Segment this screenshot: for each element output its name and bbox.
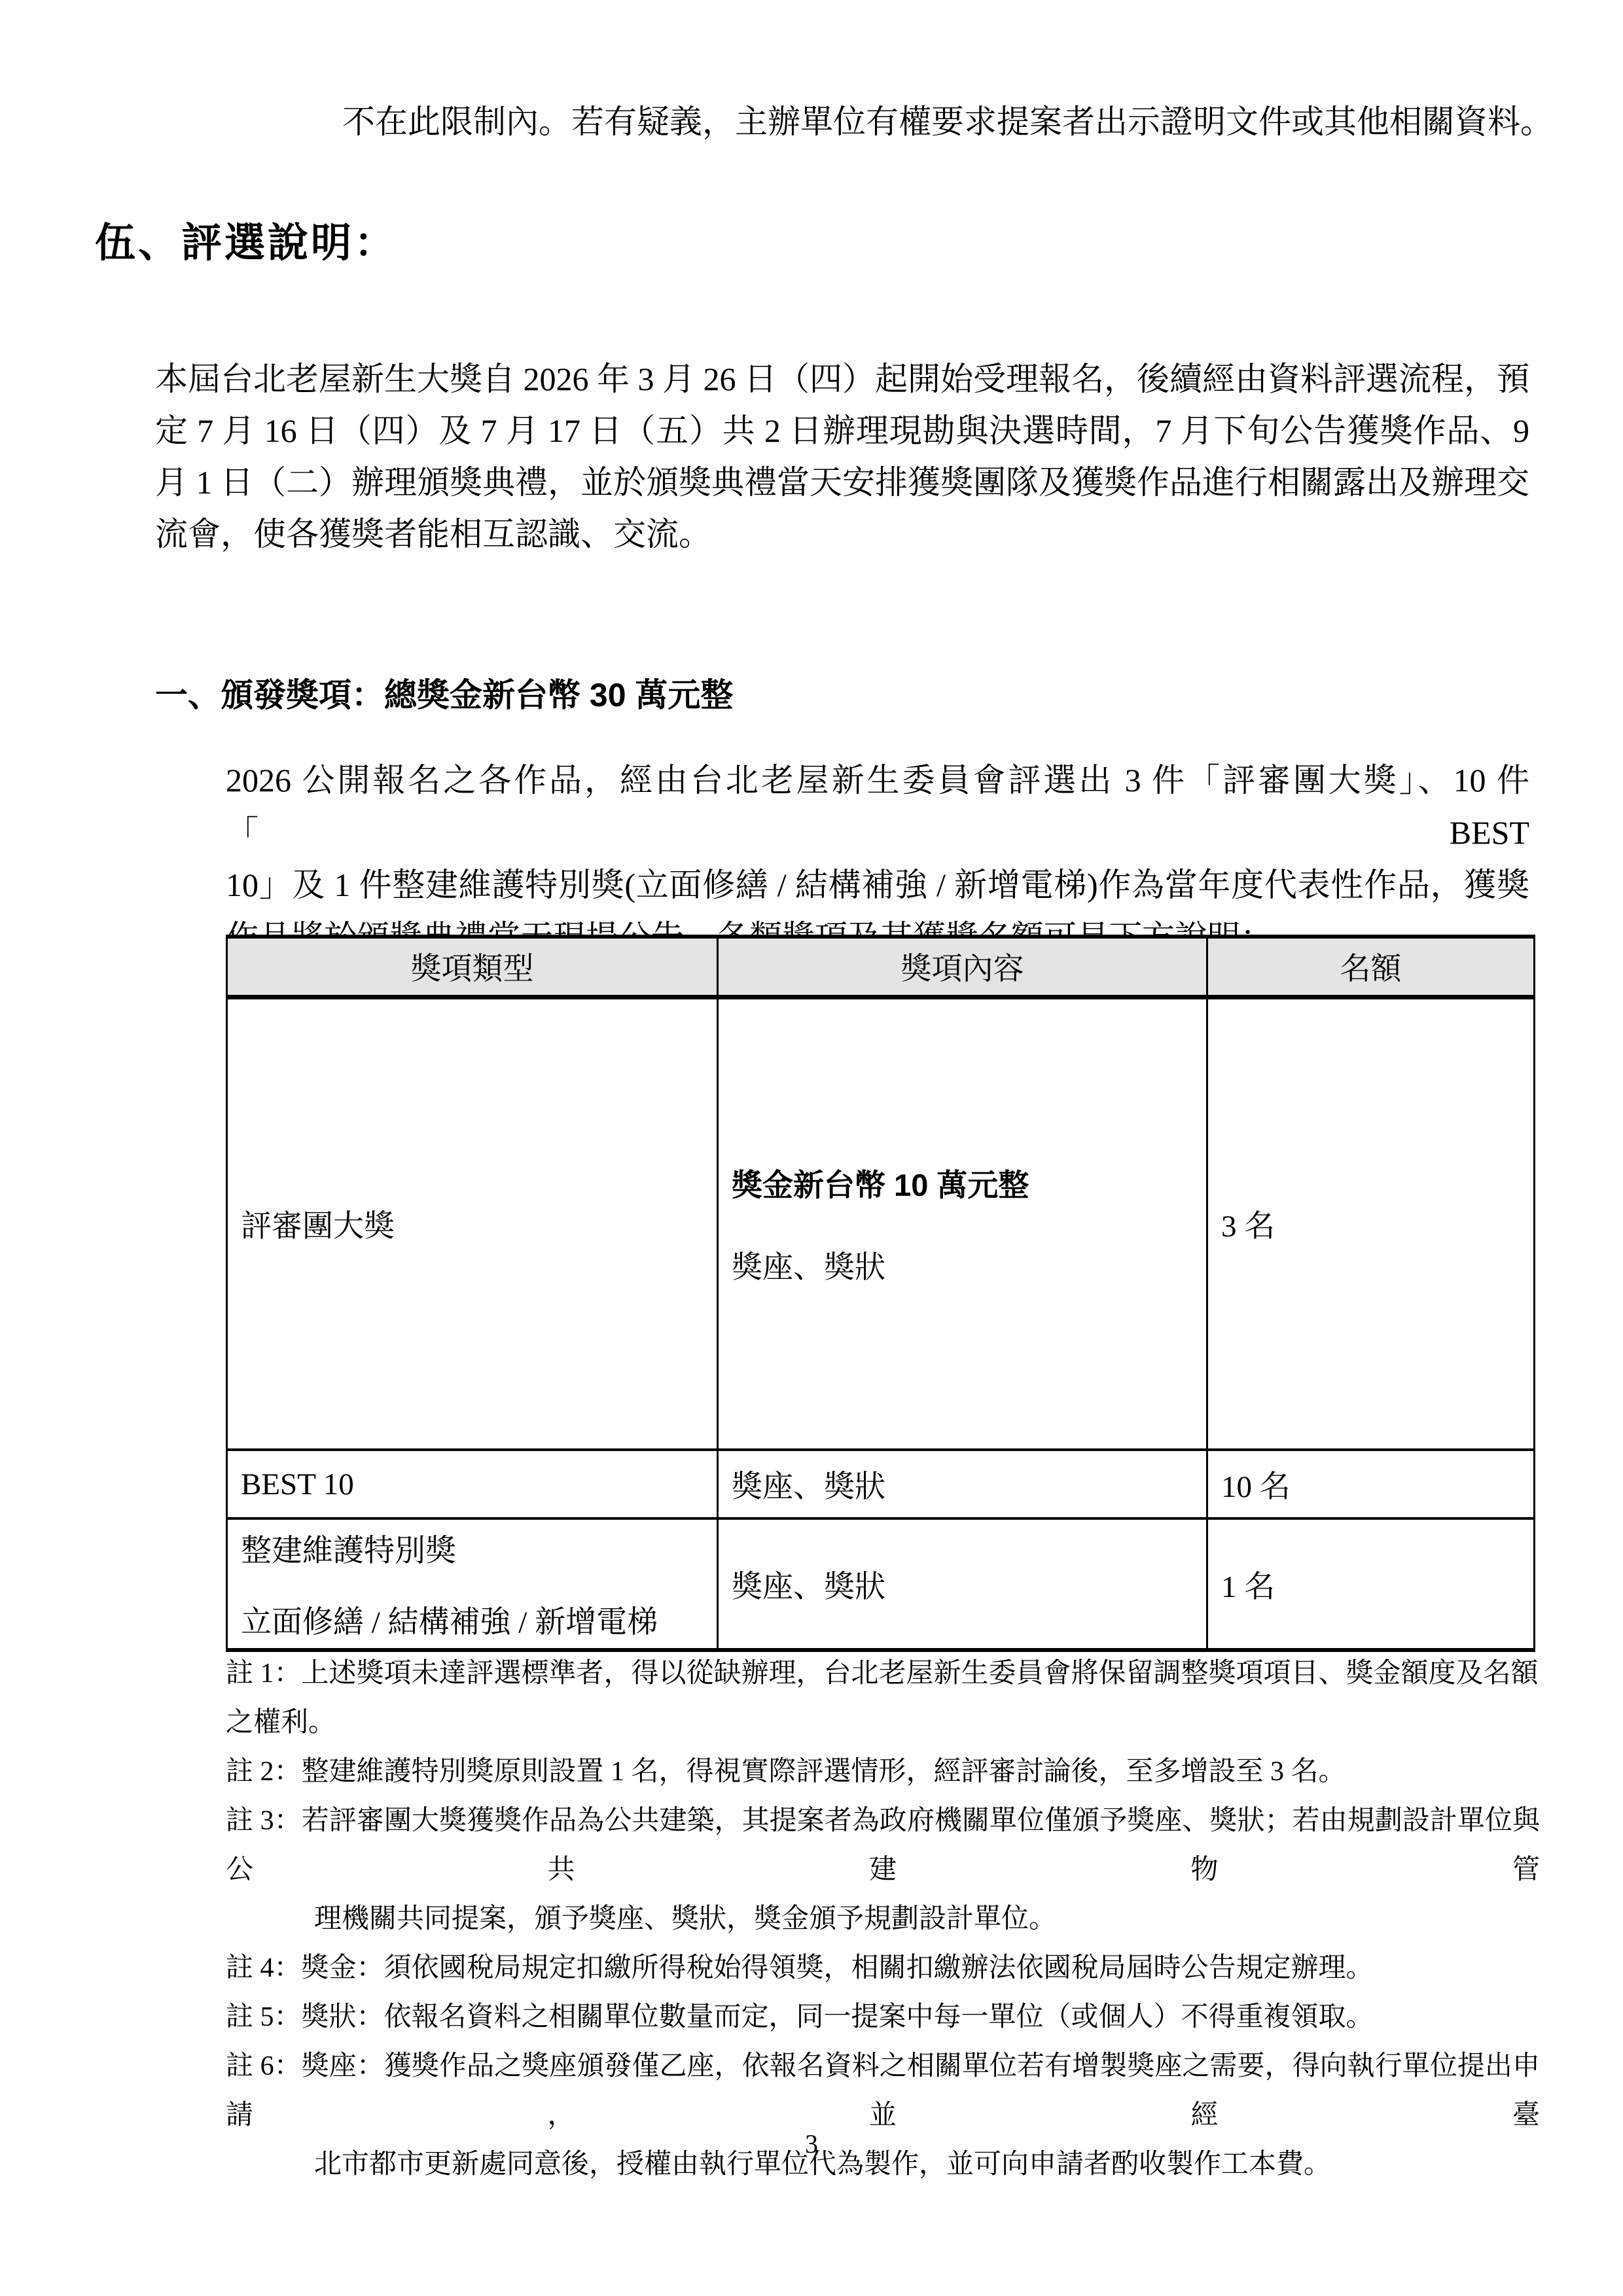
award-quota-cell: 10 名: [1207, 1450, 1535, 1518]
note-text: 若評審團大獎獲獎作品為公共建築，其提案者為政府機關單位僅頒予獎座、獎狀；若由規劃…: [226, 1806, 1540, 1885]
subsection-heading: 一、頒發獎項：總獎金新台幣 30 萬元整: [155, 674, 733, 716]
award-type-title: 整建維護特別獎: [241, 1526, 704, 1570]
note-label: 註 6：: [226, 2051, 302, 2081]
note-label: 註 4：: [226, 1953, 302, 1983]
note-6: 註 6：獎座：獲獎作品之獎座頒發僅乙座，依報名資料之相關單位若有增製獎座之需要，…: [226, 2042, 1540, 2189]
note-2: 註 2：整建維護特別獎原則設置 1 名，得視實際評選情形，經評審討論後，至多增設…: [226, 1748, 1540, 1797]
subsection-line-1: 2026 公開報名之各作品，經由台北老屋新生委員會評選出 3 件「評審團大獎」、…: [226, 754, 1529, 859]
award-content-cell: 獎座、獎狀: [718, 1518, 1207, 1650]
note-4: 註 4：獎金：須依國稅局規定扣繳所得稅始得領獎，相關扣繳辦法依國稅局屆時公告規定…: [226, 1944, 1540, 1993]
award-quota-cell: 1 名: [1207, 1518, 1535, 1650]
intro-line-2: 定 7 月 16 日（四）及 7 月 17 日（五）共 2 日辦理現勘與決選時間…: [155, 405, 1529, 457]
continuation-text: 不在此限制內。若有疑義，主辦單位有權要求提案者出示證明文件或其他相關資料。: [342, 102, 1532, 141]
note-3: 註 3：若評審團大獎獲獎作品為公共建築，其提案者為政府機關單位僅頒予獎座、獎狀；…: [226, 1797, 1540, 1944]
subsection-line-2: 10」及 1 件整建維護特別獎(立面修繕 / 結構補強 / 新增電梯)作為當年度…: [226, 859, 1529, 911]
note-1: 註 1：上述獎項未達評選標準者，得以從缺辦理，台北老屋新生委員會將保留調整獎項項…: [226, 1649, 1540, 1748]
page-number: 3: [0, 2128, 1623, 2159]
prize-amount-text: 獎金新台幣 10 萬元整: [732, 1161, 1193, 1205]
award-content-cell: 獎座、獎狀: [718, 1450, 1207, 1518]
table-row-jury-grand-award: 評審團大獎 獎金新台幣 10 萬元整 獎座、獎狀 3 名: [227, 997, 1535, 1450]
note-text: 獎金：須依國稅局規定扣繳所得稅始得領獎，相關扣繳辦法依國稅局屆時公告規定辦理。: [302, 1953, 1374, 1983]
note-text: 獎座：獲獎作品之獎座頒發僅乙座，依報名資料之相關單位若有增製獎座之需要，得向執行…: [226, 2051, 1540, 2130]
note-label: 註 2：: [226, 1757, 302, 1787]
intro-paragraph: 本屆台北老屋新生大獎自 2026 年 3 月 26 日（四）起開始受理報名，後續…: [155, 353, 1529, 560]
subsection-paragraph: 2026 公開報名之各作品，經由台北老屋新生委員會評選出 3 件「評審團大獎」、…: [226, 754, 1529, 963]
award-quota-cell: 3 名: [1207, 997, 1535, 1450]
prize-items-text: 獎座、獎狀: [732, 1243, 1193, 1287]
note-label: 註 1：: [226, 1659, 302, 1689]
column-header-award-content: 獎項內容: [718, 937, 1207, 997]
award-type-cell: 評審團大獎: [227, 997, 718, 1450]
table-row-best10: BEST 10 獎座、獎狀 10 名: [227, 1450, 1535, 1518]
intro-line-1: 本屆台北老屋新生大獎自 2026 年 3 月 26 日（四）起開始受理報名，後續…: [155, 353, 1529, 405]
column-header-award-type: 獎項類型: [227, 937, 718, 997]
award-type-subtitle: 立面修繕 / 結構補強 / 新增電梯: [241, 1598, 704, 1641]
table-row-renovation-special-award: 整建維護特別獎 立面修繕 / 結構補強 / 新增電梯 獎座、獎狀 1 名: [227, 1518, 1535, 1650]
award-content-cell: 獎金新台幣 10 萬元整 獎座、獎狀: [718, 997, 1207, 1450]
note-text: 上述獎項未達評選標準者，得以從缺辦理，台北老屋新生委員會將保留調整獎項項目、獎金…: [226, 1659, 1539, 1738]
award-type-cell: BEST 10: [227, 1450, 718, 1518]
table-notes: 註 1：上述獎項未達評選標準者，得以從缺辦理，台北老屋新生委員會將保留調整獎項項…: [226, 1649, 1540, 2189]
awards-table: 獎項類型 獎項內容 名額 評審團大獎 獎金新台幣 10 萬元整 獎座、獎狀 3 …: [226, 935, 1535, 1652]
table-header-row: 獎項類型 獎項內容 名額: [227, 937, 1535, 997]
note-label: 註 3：: [226, 1806, 302, 1836]
note-text: 獎狀：依報名資料之相關單位數量而定，同一提案中每一單位（或個人）不得重複領取。: [302, 2002, 1374, 2032]
section-heading: 伍、評選說明：: [95, 219, 397, 268]
intro-line-3: 月 1 日（二）辦理頒獎典禮，並於頒獎典禮當天安排獲獎團隊及獲獎作品進行相關露出…: [155, 457, 1529, 509]
note-label: 註 5：: [226, 2002, 302, 2032]
intro-line-4: 流會，使各獲獎者能相互認識、交流。: [155, 509, 1529, 560]
award-type-cell: 整建維護特別獎 立面修繕 / 結構補強 / 新增電梯: [227, 1518, 718, 1650]
note-text-continued: 理機關共同提案，頒予獎座、獎狀，獎金頒予規劃設計單位。: [226, 1895, 1540, 1944]
column-header-quota: 名額: [1207, 937, 1535, 997]
document-page: 不在此限制內。若有疑義，主辦單位有權要求提案者出示證明文件或其他相關資料。 伍、…: [0, 0, 1623, 2296]
note-5: 註 5：獎狀：依報名資料之相關單位數量而定，同一提案中每一單位（或個人）不得重複…: [226, 1993, 1540, 2042]
note-text: 整建維護特別獎原則設置 1 名，得視實際評選情形，經評審討論後，至多增設至 3 …: [302, 1757, 1346, 1787]
